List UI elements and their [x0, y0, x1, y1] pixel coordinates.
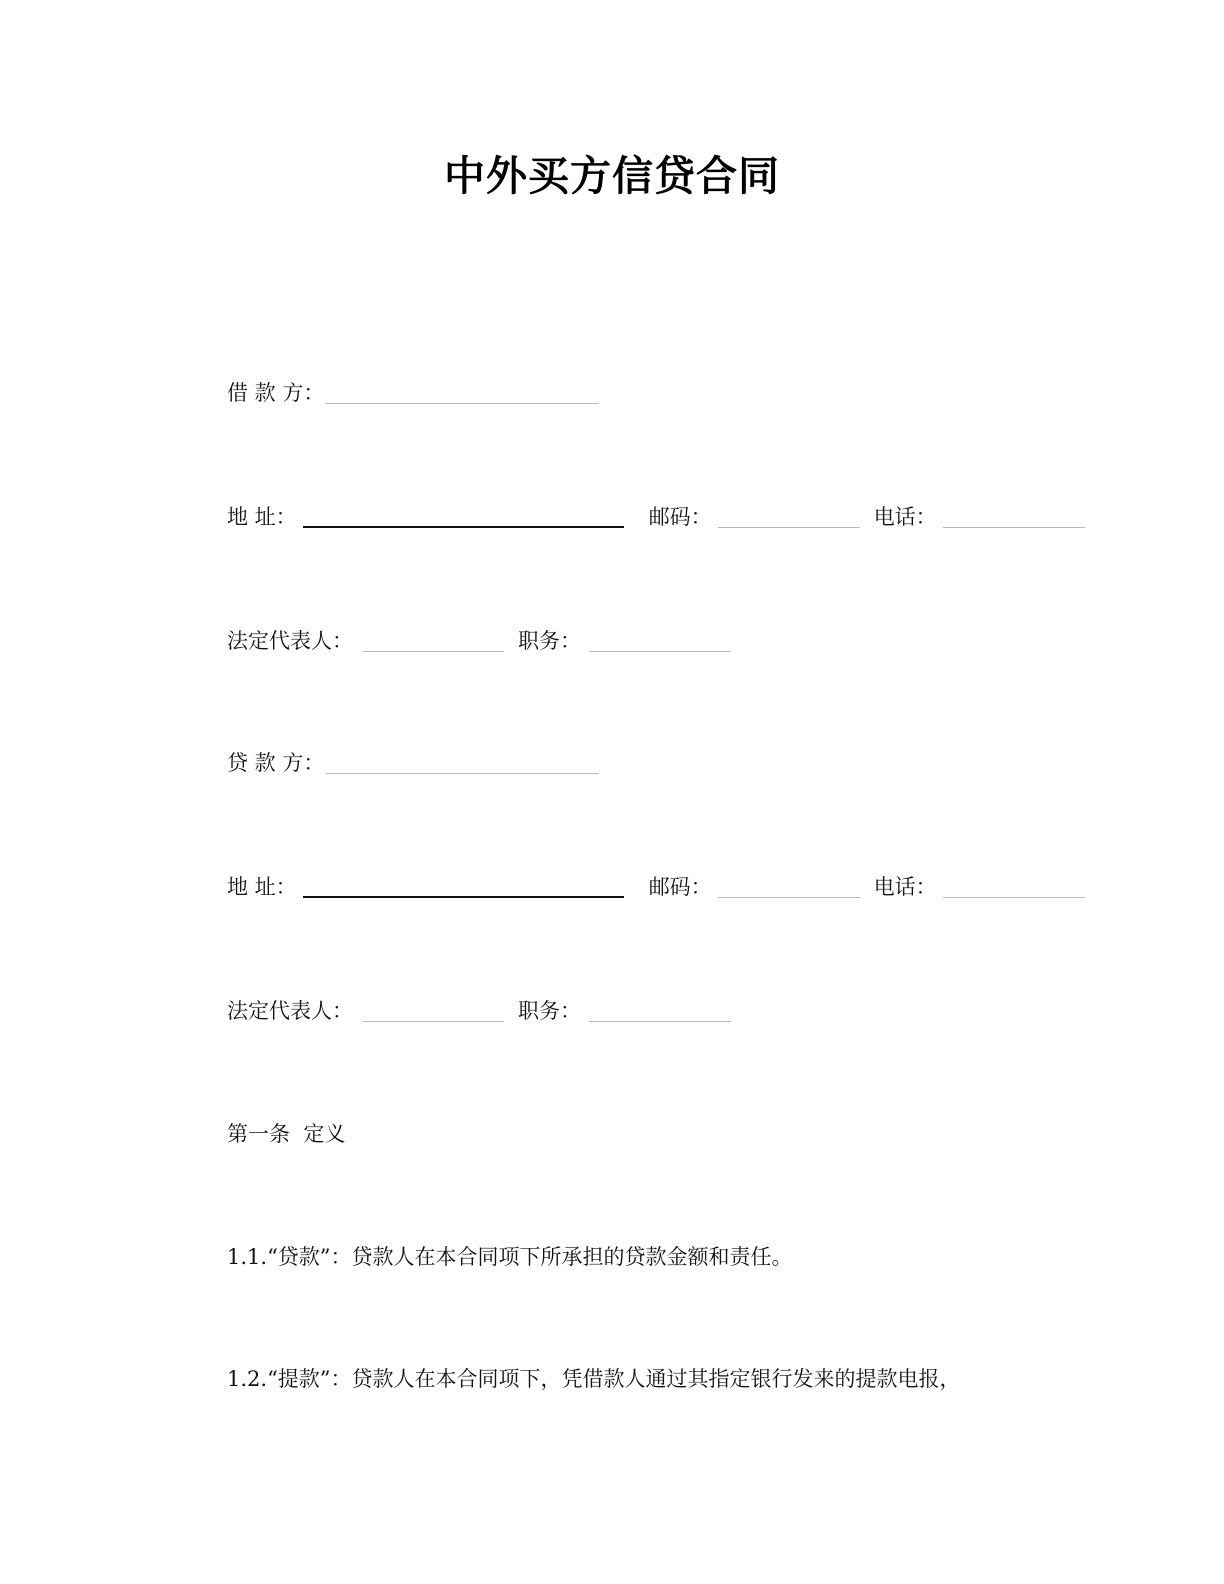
lender-position-label: 职务： — [518, 996, 581, 1026]
lender-position-blank[interactable] — [589, 1021, 731, 1022]
borrower-legal-rep-row: 法定代表人： 职务： — [227, 626, 731, 656]
lender-phone-blank[interactable] — [943, 897, 1085, 898]
borrower-legal-rep-blank[interactable] — [363, 651, 504, 652]
lender-party-label: 贷 款 方： — [227, 748, 324, 778]
lender-address-blank[interactable] — [303, 896, 624, 898]
lender-address-row: 地 址： 邮码： 电话： — [227, 872, 1085, 902]
borrower-postcode-label: 邮码： — [649, 502, 712, 532]
borrower-legal-rep-label: 法定代表人： — [227, 626, 353, 656]
borrower-address-blank[interactable] — [303, 526, 624, 528]
borrower-party-label: 借 款 方： — [227, 378, 324, 408]
article-1-heading: 第一条 定义 — [227, 1119, 345, 1149]
lender-legal-rep-row: 法定代表人： 职务： — [227, 996, 731, 1026]
lender-legal-rep-blank[interactable] — [363, 1021, 504, 1022]
lender-party-row: 贷 款 方： — [227, 748, 599, 778]
lender-legal-rep-label: 法定代表人： — [227, 996, 353, 1026]
borrower-phone-label: 电话： — [874, 502, 937, 532]
lender-postcode-blank[interactable] — [718, 897, 860, 898]
lender-phone-label: 电话： — [874, 872, 937, 902]
borrower-postcode-blank[interactable] — [718, 527, 860, 528]
lender-address-label: 地 址： — [227, 872, 297, 902]
lender-party-blank[interactable] — [326, 773, 599, 774]
lender-postcode-label: 邮码： — [649, 872, 712, 902]
borrower-address-row: 地 址： 邮码： 电话： — [227, 502, 1085, 532]
borrower-party-row: 借 款 方： — [227, 378, 599, 408]
borrower-phone-blank[interactable] — [943, 527, 1085, 528]
borrower-position-label: 职务： — [518, 626, 581, 656]
document-title: 中外买方信贷合同 — [0, 143, 1224, 202]
borrower-address-label: 地 址： — [227, 502, 297, 532]
borrower-position-blank[interactable] — [589, 651, 731, 652]
clause-1-2: 1.2.“提款”：贷款人在本合同项下，凭借款人通过其指定银行发来的提款电报， — [227, 1364, 961, 1394]
clause-1-1: 1.1.“贷款”：贷款人在本合同项下所承担的贷款金额和责任。 — [227, 1242, 793, 1272]
borrower-party-blank[interactable] — [326, 403, 599, 404]
